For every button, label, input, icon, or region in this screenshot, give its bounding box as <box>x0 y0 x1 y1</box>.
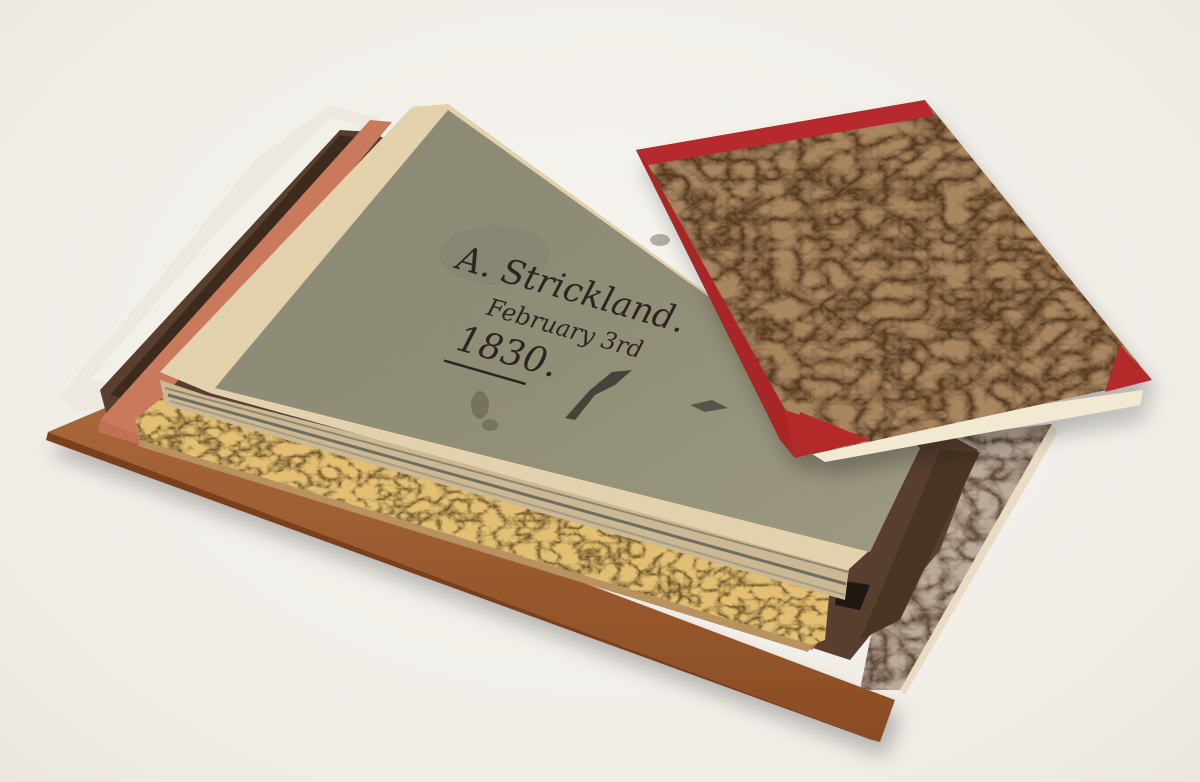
book-stack-illustration: A. Strickland. February 3rd 1830. <box>0 0 1200 782</box>
photo-scene: A. Strickland. February 3rd 1830. <box>0 0 1200 782</box>
